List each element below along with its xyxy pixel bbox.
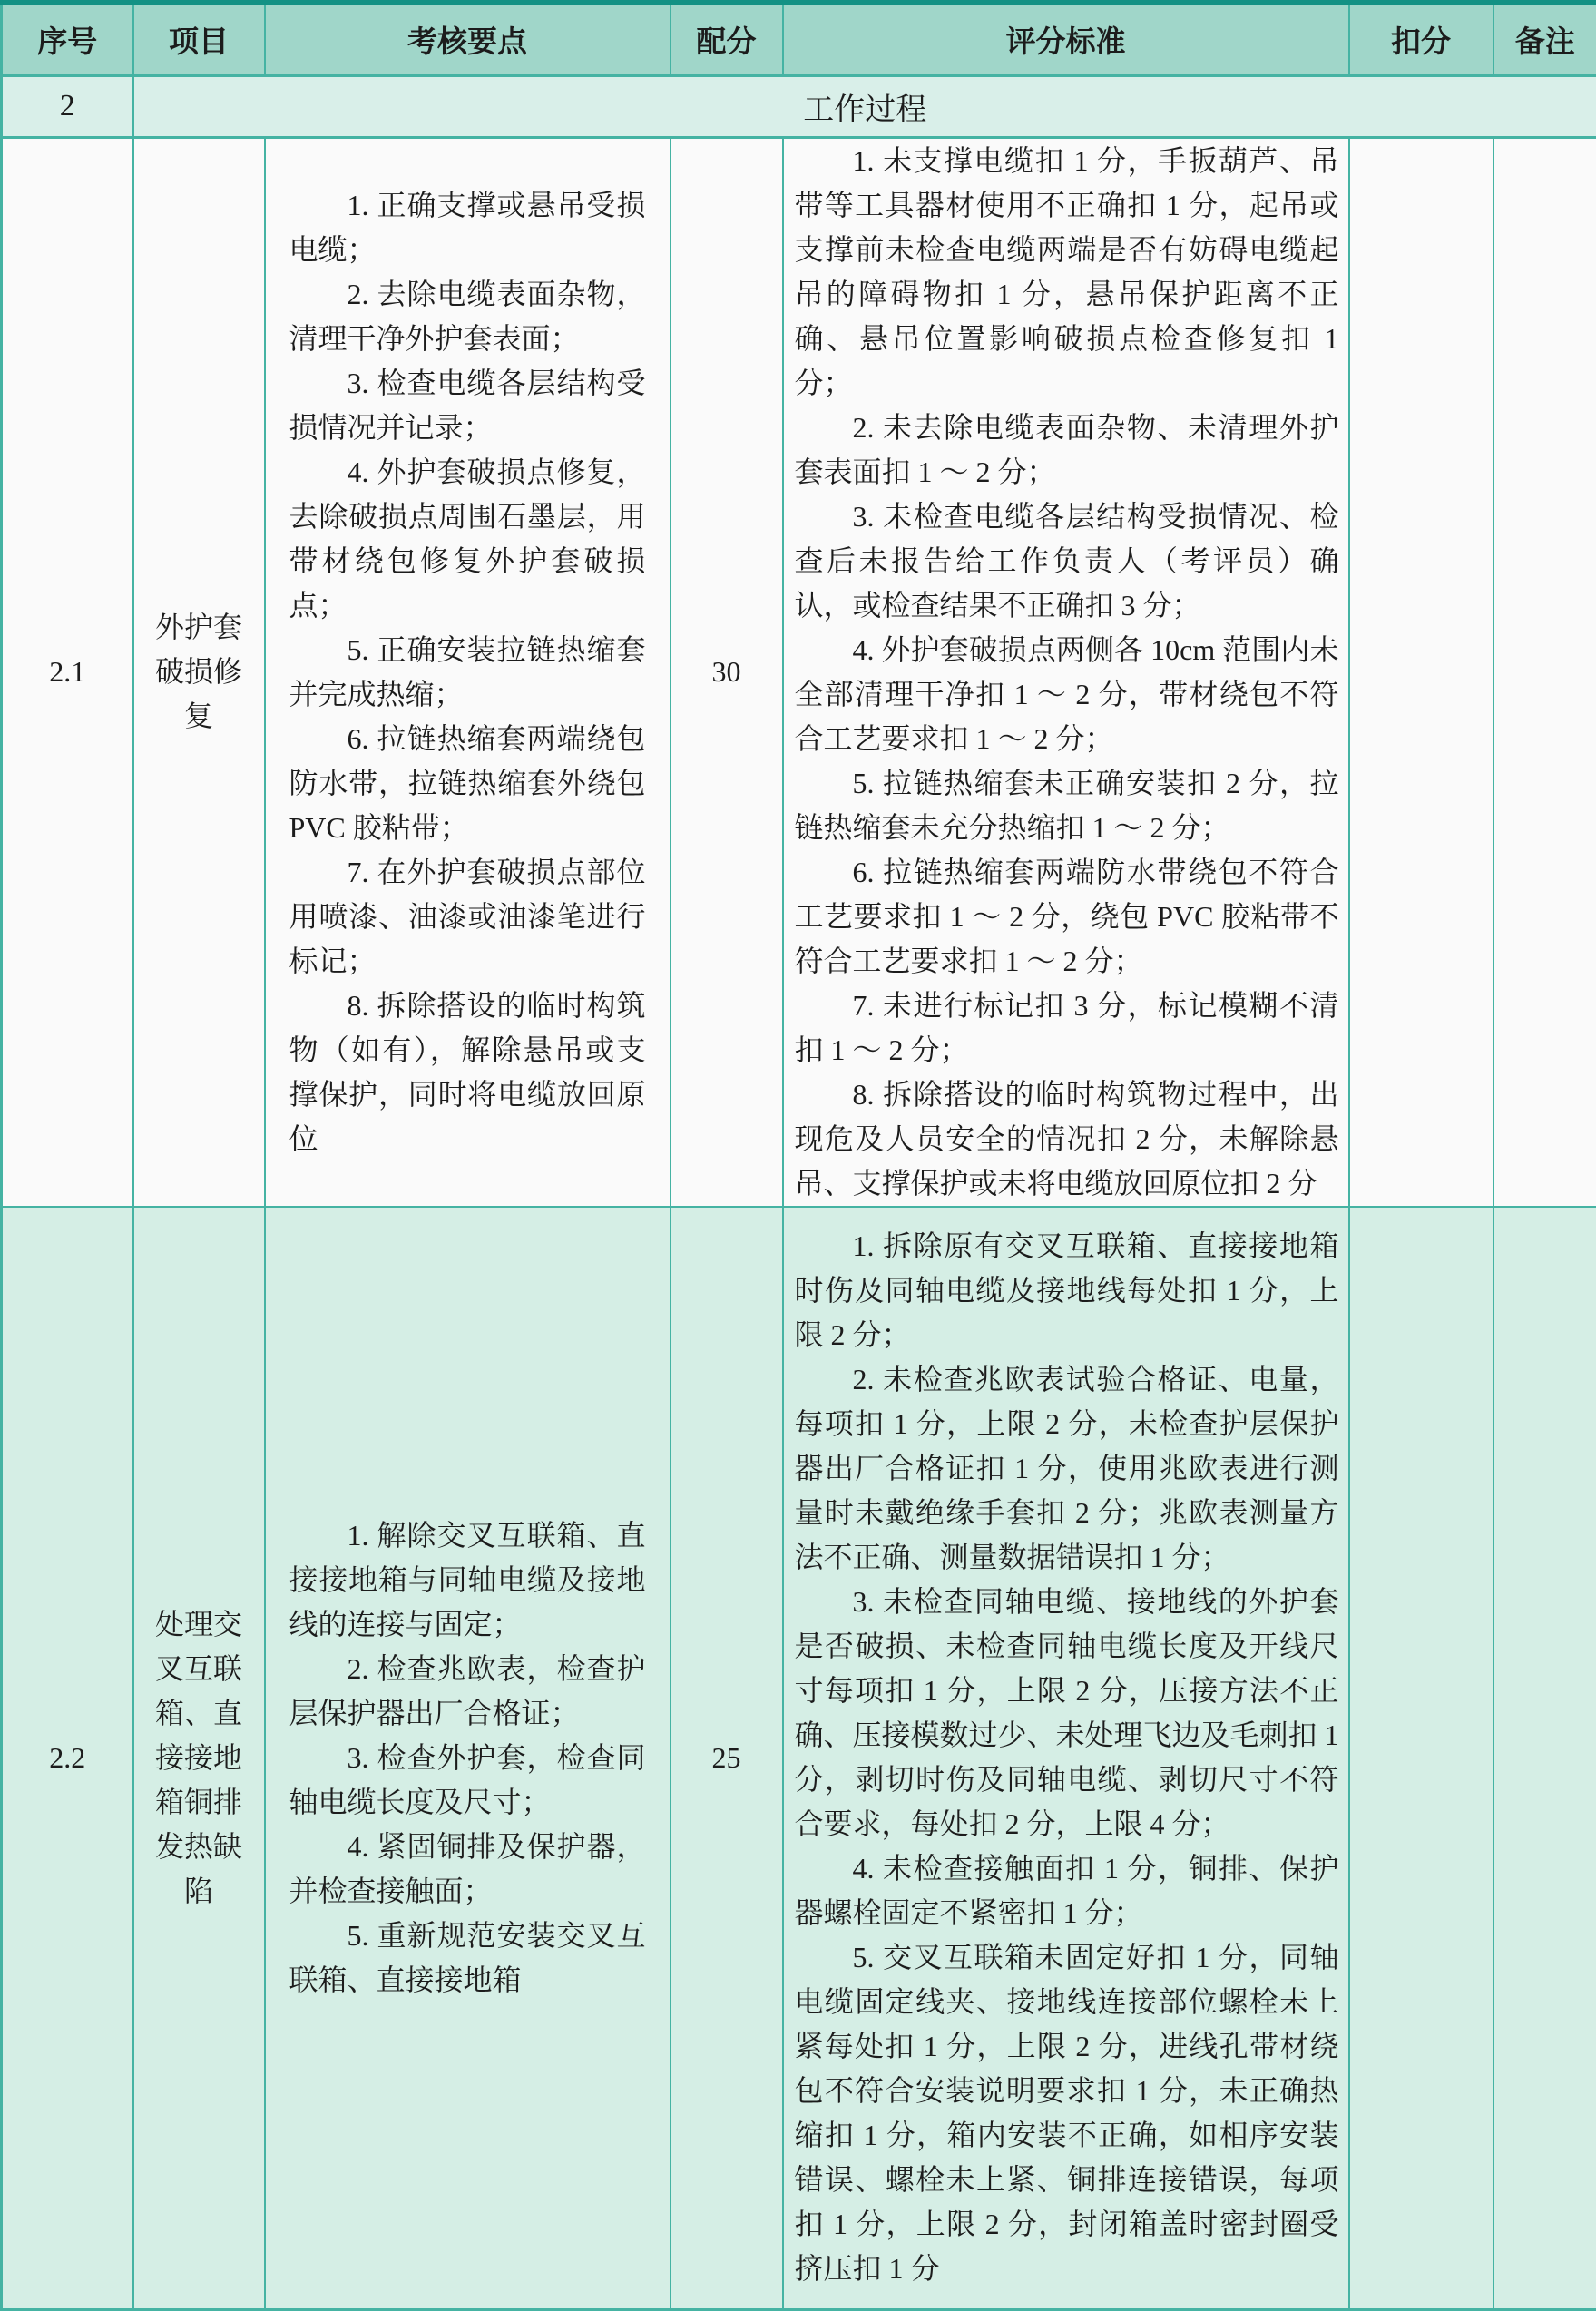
cell-scoring-criteria: 1. 拆除原有交叉互联箱、直接接地箱时伤及同轴电缆及接地线每处扣 1 分，上限 … <box>783 1207 1349 2310</box>
header-score: 配分 <box>671 3 783 75</box>
paragraph: 5. 正确安装拉链热缩套并完成热缩； <box>289 628 646 717</box>
paragraph: 6. 拉链热缩套两端绕包防水带，拉链热缩套外绕包 PVC 胶粘带； <box>289 717 646 850</box>
header-deduction: 扣分 <box>1349 3 1493 75</box>
cell-score: 30 <box>671 137 783 1207</box>
assessment-score-table: 序号 项目 考核要点 配分 评分标准 扣分 备注 2 工作过程 2.1 外护套破… <box>0 0 1596 2311</box>
cell-item: 外护套破损修复 <box>133 137 265 1207</box>
header-remark: 备注 <box>1493 3 1596 75</box>
header-assessment-points: 考核要点 <box>265 3 671 75</box>
paragraph: 4. 紧固铜排及保护器，并检查接触面； <box>289 1825 646 1914</box>
section-title: 工作过程 <box>133 75 1596 137</box>
table-row-2-2: 2.2 处理交叉互联箱、直接接地箱铜排发热缺陷 1. 解除交叉互联箱、直接接地箱… <box>2 1207 1596 2310</box>
paragraph: 5. 拉链热缩套未正确安装扣 2 分，拉链热缩套未充分热缩扣 1 ～ 2 分； <box>795 761 1339 850</box>
paragraph: 7. 在外护套破损点部位用喷漆、油漆或油漆笔进行标记； <box>289 850 646 984</box>
cell-score: 25 <box>671 1207 783 2310</box>
cell-remark <box>1493 137 1596 1207</box>
paragraph: 1. 拆除原有交叉互联箱、直接接地箱时伤及同轴电缆及接地线每处扣 1 分，上限 … <box>795 1224 1339 1357</box>
paragraph: 5. 交叉互联箱未固定好扣 1 分，同轴电缆固定线夹、接地线连接部位螺栓未上紧每… <box>795 1935 1339 2291</box>
paragraph: 2. 未检查兆欧表试验合格证、电量，每项扣 1 分，上限 2 分，未检查护层保护… <box>795 1357 1339 1580</box>
paragraph: 3. 未检查同轴电缆、接地线的外护套是否破损、未检查同轴电缆长度及开线尺寸每项扣… <box>795 1580 1339 1846</box>
cell-assessment-points: 1. 解除交叉互联箱、直接接地箱与同轴电缆及接地线的连接与固定；2. 检查兆欧表… <box>265 1207 671 2310</box>
table-row-2-1: 2.1 外护套破损修复 1. 正确支撑或悬吊受损电缆；2. 去除电缆表面杂物，清… <box>2 137 1596 1207</box>
paragraph: 2. 去除电缆表面杂物，清理干净外护套表面； <box>289 272 646 361</box>
paragraph: 3. 检查外护套，检查同轴电缆长度及尺寸； <box>289 1736 646 1825</box>
header-item: 项目 <box>133 3 265 75</box>
cell-no: 2.1 <box>2 137 133 1207</box>
paragraph: 3. 未检查电缆各层结构受损情况、检查后未报告给工作负责人（考评员）确认，或检查… <box>795 495 1339 628</box>
paragraph: 8. 拆除搭设的临时构筑物过程中，出现危及人员安全的情况扣 2 分，未解除悬吊、… <box>795 1072 1339 1206</box>
cell-item: 处理交叉互联箱、直接接地箱铜排发热缺陷 <box>133 1207 265 2310</box>
paragraph: 3. 检查电缆各层结构受损情况并记录； <box>289 361 646 450</box>
cell-assessment-points: 1. 正确支撑或悬吊受损电缆；2. 去除电缆表面杂物，清理干净外护套表面；3. … <box>265 137 671 1207</box>
paragraph: 1. 正确支撑或悬吊受损电缆； <box>289 183 646 272</box>
paragraph: 6. 拉链热缩套两端防水带绕包不符合工艺要求扣 1 ～ 2 分，绕包 PVC 胶… <box>795 850 1339 984</box>
paragraph: 2. 未去除电缆表面杂物、未清理外护套表面扣 1 ～ 2 分； <box>795 406 1339 495</box>
paragraph: 1. 解除交叉互联箱、直接接地箱与同轴电缆及接地线的连接与固定； <box>289 1513 646 1647</box>
paragraph: 5. 重新规范安装交叉互联箱、直接接地箱 <box>289 1914 646 2003</box>
section-row-work-process: 2 工作过程 <box>2 75 1596 137</box>
section-no: 2 <box>2 75 133 137</box>
cell-no: 2.2 <box>2 1207 133 2310</box>
cell-scoring-criteria: 1. 未支撑电缆扣 1 分，手扳葫芦、吊带等工具器材使用不正确扣 1 分，起吊或… <box>783 137 1349 1207</box>
paragraph: 4. 外护套破损点修复，去除破损点周围石墨层，用带材绕包修复外护套破损点； <box>289 450 646 628</box>
paragraph: 1. 未支撑电缆扣 1 分，手扳葫芦、吊带等工具器材使用不正确扣 1 分，起吊或… <box>795 139 1339 406</box>
cell-deduction <box>1349 1207 1493 2310</box>
cell-remark <box>1493 1207 1596 2310</box>
paragraph: 2. 检查兆欧表，检查护层保护器出厂合格证； <box>289 1647 646 1736</box>
paragraph: 7. 未进行标记扣 3 分，标记模糊不清扣 1 ～ 2 分； <box>795 984 1339 1072</box>
header-row: 序号 项目 考核要点 配分 评分标准 扣分 备注 <box>2 3 1596 75</box>
cell-deduction <box>1349 137 1493 1207</box>
header-scoring-criteria: 评分标准 <box>783 3 1349 75</box>
paragraph: 4. 外护套破损点两侧各 10cm 范围内未全部清理干净扣 1 ～ 2 分，带材… <box>795 628 1339 761</box>
header-seq: 序号 <box>2 3 133 75</box>
paragraph: 8. 拆除搭设的临时构筑物（如有），解除悬吊或支撑保护，同时将电缆放回原位 <box>289 984 646 1161</box>
paragraph: 4. 未检查接触面扣 1 分，铜排、保护器螺栓固定不紧密扣 1 分； <box>795 1846 1339 1935</box>
